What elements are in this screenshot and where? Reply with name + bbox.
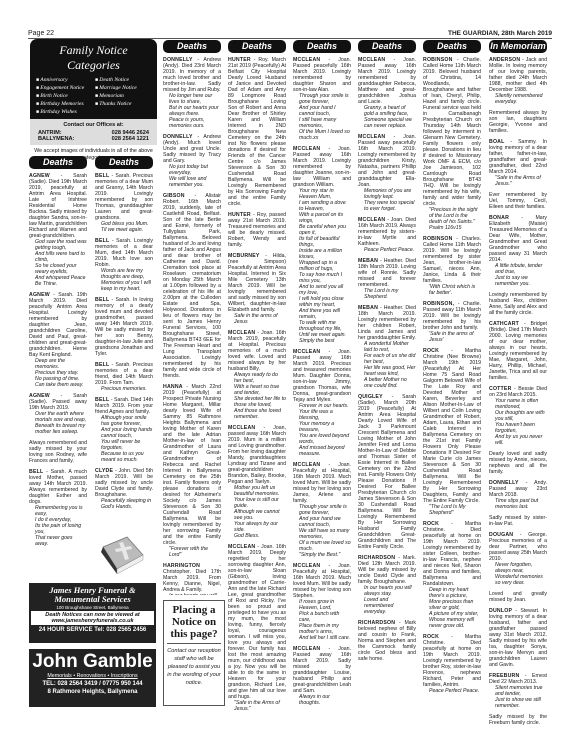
notice-verse: "The Lord Is My Shepherd"	[423, 504, 481, 516]
verse-line: They were too special to ever forget.	[364, 200, 416, 212]
notice-entry: RICHARDSON - Mark beloved nephew of Bill…	[358, 620, 416, 662]
notice-entry: ROBINSON, - Charlie. Passed away 11th Ma…	[423, 301, 481, 343]
verse-line: And tell her I still care.	[299, 635, 351, 641]
notice-entry: CLYDE - John. Died 5th March 2019. Will …	[95, 468, 153, 510]
category-item: Birth Notice	[36, 93, 95, 99]
notice-text: - Sarah. In loving memory of a dearly lo…	[95, 297, 153, 357]
notice-verse: Your my star in Heaven Mum,I am sending …	[293, 188, 351, 344]
verse-line: I will hold you close within my heart,	[299, 296, 351, 308]
verse-line: Her life was good, Her heart was kind,	[364, 365, 416, 377]
notice-verse: Forever in our hearts.Your life was a bl…	[293, 403, 351, 457]
notice-verse: Peace Perfect Peace.	[358, 247, 416, 253]
verse-line: Your life was a blessing,	[299, 409, 351, 421]
notice-verse: If roses grow in Heaven, Lord,Pick a bun…	[293, 599, 351, 641]
verse-line: A wonderful Mother laid to rest,	[364, 341, 416, 353]
notice-verse: Always in our thoughts.	[293, 694, 351, 706]
notice-text: Ever remembered by Uel, Tommy, Cecil, Ei…	[489, 192, 547, 210]
notice-verse: Your name is often mentioned,Our thought…	[489, 398, 547, 446]
notice-text: - Mary Elizabeth (Maisie) Treasured Memo…	[489, 215, 547, 263]
verse-line: Precious memories.	[101, 386, 153, 392]
gamble-ad-services: Memorials • Renovations • Inscriptions	[29, 673, 156, 679]
verse-line: Always ready to do her best,	[234, 372, 286, 384]
notice-text: - Joan. Passed away 16th March 2019. Lov…	[358, 57, 416, 105]
contact-offices: Contact our Offices at: ANTRIM:028 9446 …	[30, 119, 157, 145]
verse-line: She devoted her life to those she loved,	[234, 396, 286, 408]
notice-entry: QUIGLEY - Sarah (Sadie). March 20th 2019…	[358, 394, 416, 550]
verse-line: Although your smile has gone forever,	[101, 415, 153, 427]
in-memoriam-banner: In Memoriam	[489, 40, 547, 53]
notice-text: - Martha Christine. Died peacefully at h…	[423, 634, 481, 688]
notice-entry: MCCLEAN - Joan. Passed away peacefully 1…	[358, 134, 416, 212]
notice-text: Remembered always by son Ian, daughters …	[489, 110, 547, 134]
notice-entry: BELL - Sarah. Lovingly memories of a dea…	[95, 238, 153, 292]
notice-entry: HARRINGTON - Christopher. Died 17th Marc…	[163, 563, 221, 595]
verse-line: And missed beyond measure.	[299, 445, 351, 457]
verse-line: Safe in the arms of Jesus	[234, 313, 286, 325]
verse-line: Someone special we can never replace.	[364, 117, 416, 129]
verse-line: You will never be forgotten,	[101, 439, 153, 451]
notice-text: - Roy, passed away 21st March 2019. Trea…	[228, 212, 286, 248]
notice-text: - Joan. Passed away 16th March 2019. Sad…	[293, 646, 351, 694]
deaths-banner: Deaths	[29, 156, 87, 169]
verse-line: And your hand we cannot touch,	[299, 516, 351, 528]
notice-entry: BELL - Sarah. Died 14th March 2019. From…	[95, 397, 153, 463]
notice-entry: Loved and greatly missed by Jean.	[489, 591, 547, 603]
verse-line: Wrapped up in a million of hugs,	[299, 260, 351, 272]
notice-entry: BELL - Sarah. Precious memories of a dea…	[95, 173, 153, 233]
verse-line: To walk with me throughout my life,	[299, 320, 351, 332]
notice-verse: Always ready to do her best,With a heart…	[228, 372, 286, 420]
verse-line: Silent memories true and tender,	[495, 685, 547, 697]
notice-text: Always remembered and sadly missed by yo…	[29, 440, 87, 464]
notice-text: - Joan. Passed away 16th March 2019. Lov…	[293, 146, 351, 188]
verse-line: But in our hearts your always there.	[169, 105, 221, 117]
gamble-ad-tel: TEL: 028 2564 3419 / 07775 950 144	[29, 681, 156, 687]
notice-entry: MCBURNEY - Hilda, (nee Simpson) Peaceful…	[228, 253, 286, 325]
notice-entry: DUNLOP - Stewart. In loving memory of a …	[489, 608, 547, 668]
notice-verse: God saw the road was getting tough,And h…	[29, 239, 87, 287]
verse-line: Our thoughts are with you still,	[495, 410, 547, 422]
notice-text: - Charles. Called Home 11th March 2019. …	[423, 236, 481, 284]
notice-verse: Over the earth where mortals sow and rea…	[29, 411, 87, 435]
placing-notice-box: Placing a Notice on this page? Contact o…	[163, 600, 225, 706]
verse-line: Time slips past but memories last.	[495, 498, 547, 510]
verse-line: Through your smile is gone forever,	[299, 93, 351, 105]
notice-verse: Though your smile is gone forever,And yo…	[293, 504, 351, 558]
notice-text: - Sammy. In loving memory of a dear fath…	[489, 139, 547, 175]
notice-entry: BOAL - Sammy. In loving memory of a dear…	[489, 139, 547, 187]
verse-line: Its full of beautiful things,	[299, 236, 351, 248]
newspaper-page: Page 22 THE GUARDIAN, 28th March 2019 Fa…	[0, 0, 580, 737]
notice-text: - Heather. Died 18th March 2019. Lovingl…	[358, 305, 416, 341]
verse-line: Always in our thoughts.	[299, 694, 351, 706]
verse-line: Inside are a million kisses,	[299, 248, 351, 260]
verse-line: If roses grow in Heaven, Lord,	[299, 599, 351, 611]
verse-line: Though your smile is gone forever,	[299, 504, 351, 516]
notice-text: - Bridget (Bridie). Died 17th March 2000…	[489, 321, 547, 381]
verse-line: Can take them away.	[35, 382, 87, 388]
notice-entry: BELL - Sarah. A much loved Mother, passe…	[29, 469, 87, 546]
notice-text: Loved and greatly missed by Jean.	[489, 591, 547, 603]
notice-column: DeathsHUNTER - Roy. March 21st 2019 (Pea…	[228, 40, 286, 717]
gamble-ad-title: John Gamble	[29, 651, 156, 673]
verse-line: Peacefully sleeping in God's Hands.	[101, 498, 153, 510]
notice-verse: Through your smile is gone forever,And y…	[293, 93, 351, 141]
notice-column: DeathsDONNELLY - Andrew (Andy). Died 23r…	[163, 40, 221, 595]
masthead-date: THE GUARDIAN, 28th March 2019	[448, 30, 552, 37]
notice-entry: HANNA - March 22nd 2019 (Peacefully) at …	[163, 384, 221, 558]
notice-verse: No just today but everyday,We will love …	[163, 164, 221, 188]
verse-line: Deep are the memories.	[35, 358, 87, 370]
notice-column: DeathsAGNEW - Sarah (Sadie). Died 19th M…	[29, 156, 87, 546]
notice-text: - Andrew (Andy). Died 23rd March 2019. I…	[163, 57, 221, 93]
verse-line: "Precious in the sight of the Lord is th…	[429, 207, 481, 231]
verse-line: Remembering you is easy,	[35, 505, 87, 517]
verse-line: Your love is still our guide.	[234, 497, 286, 509]
deaths-banner: Deaths	[163, 40, 221, 53]
category-item: Thanks Notice	[95, 101, 154, 107]
notice-text: - March 22nd 2019 (Peacefully) at Prospe…	[163, 384, 221, 546]
verse-line: Mother you left us beautiful memories.	[234, 485, 286, 497]
notice-verse: Memories of you are lovingly kept.They w…	[358, 188, 416, 212]
verse-line: You haven't been forgotten,	[495, 422, 547, 434]
verse-line: Of a mum we loved so much.	[299, 540, 351, 552]
notice-entry: ROBINSON - Charles. Called Home 11th Mar…	[423, 236, 481, 296]
verse-line: Memories of you I will keep in my heart.	[101, 280, 153, 292]
notice-verse: Precious memories.	[95, 386, 153, 392]
verse-line: More precious than silver or gold,	[429, 599, 481, 611]
notice-verse: "Safe in the Arms of Jesus."	[489, 175, 547, 187]
notice-text: Sadly missed by sister-in-law Pat.	[489, 515, 547, 527]
notice-verse: 'With Christ which is far better'.	[423, 284, 481, 296]
funeral-ad-title: James Henry Funeral & Monumental Service…	[29, 586, 156, 604]
deaths-banner: Deaths	[95, 156, 153, 169]
james-henry-funeral-ad: James Henry Funeral & Monumental Service…	[29, 583, 156, 643]
verse-line: Simply the best	[299, 338, 351, 344]
category-item: Memoriam	[95, 93, 154, 99]
bible-icon	[97, 533, 147, 575]
verse-line: Pick a bunch with care,	[299, 611, 351, 623]
verse-line: And your hand I cannot touch,	[299, 105, 351, 117]
category-item: Birthday Wishes	[36, 109, 95, 115]
notice-verse: Peace Perfect Peace.	[423, 688, 481, 694]
notice-entry: ANDERSON - Jack and Mollie. In loving me…	[489, 57, 547, 105]
verse-line: With a parcel on its wings,	[299, 212, 351, 224]
verse-line: And hills were hard to climb,	[35, 251, 87, 263]
verse-line: Because to us you meant so much.	[101, 451, 153, 463]
deaths-banner: Deaths	[423, 40, 481, 53]
notice-text: - Joan. Passed away 16th March 2019. Pre…	[293, 349, 351, 403]
deaths-banner: Deaths	[293, 40, 351, 53]
notice-entry: MCCLEAN - Joan. Peacefully at Hospital, …	[293, 462, 351, 558]
notice-entry: MCCLEAN - Joan. Peacefully at Hospital, …	[293, 563, 351, 641]
verse-line: And to send you all my love,	[299, 284, 351, 296]
notice-text: - Joan. Peacefully at Hospital, 16th Mar…	[293, 563, 351, 599]
notice-entry: AGNEW - Sarah. 19th March 2019. Died pea…	[29, 292, 87, 388]
notice-entry: AGNEW - Sarah (Sadie). Died 19th March 2…	[29, 173, 87, 287]
notice-entry: COTTER - Bessie Died on 23rd March 2015.…	[489, 386, 547, 446]
notice-verse: No longer here our lives to share,But in…	[163, 93, 221, 129]
verse-line: "Simply the Best."	[299, 552, 351, 558]
divider	[167, 643, 221, 644]
contact-title: Contact our Offices at:	[38, 122, 149, 128]
categories-list: AnniversaryDeath NoticeEngagement Notice…	[33, 77, 154, 115]
verse-line: Granny, a heart of gold a smiling face,	[364, 105, 416, 117]
verse-line: Your name is often mentioned,	[495, 398, 547, 410]
notice-verse: Granny, a heart of gold a smiling face,S…	[358, 105, 416, 129]
verse-line: That never goes away.	[35, 535, 87, 546]
verse-line: And whispered Peace Be Thine.	[35, 275, 87, 287]
notice-entry: GIBSON - Alistair Robert. 16th March 201…	[163, 193, 221, 379]
notice-text: - Jack and Mollie. In loving memory of o…	[489, 57, 547, 93]
notice-verse: Although your smile has gone forever,And…	[95, 415, 153, 463]
verse-line: Over the earth where mortals sow and rea…	[35, 411, 87, 423]
verse-line: Be careful when you open it,	[299, 224, 351, 236]
placing-body: Contact our reception staff who will be …	[167, 647, 221, 687]
notice-verse: Time slips past but memories last.	[489, 498, 547, 510]
notice-entry: DONNELLY - Andrew (Andy). Died 23rd Marc…	[163, 57, 221, 129]
notice-entry: MEBAN - Heather. Died 18th March 2019. L…	[358, 305, 416, 389]
notice-text: - Joan, passed away 16th March 2019. Mum…	[228, 425, 286, 485]
category-item: Engagement Notice	[36, 85, 95, 91]
notice-verse: Silently remembered everyday.	[489, 93, 547, 105]
category-item: Death Notice	[95, 77, 154, 83]
notice-entry: MCCLEAN - Joan. Passed away 16th March 2…	[293, 349, 351, 457]
verse-line: Words are few my thoughts are deep,	[101, 268, 153, 280]
notice-verse: "Forever with the Lord"	[163, 546, 221, 558]
notice-entry: Lovingly remembered by husband Rex, chil…	[489, 292, 547, 316]
notice-verse: Deep in my heart there's a picture,More …	[423, 587, 481, 629]
office-name: BALLYMENA:	[38, 136, 74, 142]
notice-text: Sadly missed by the Freeburn family circ…	[489, 714, 547, 726]
notice-entry: RICHARDSON - Mark. Died 12th March 2019.…	[358, 555, 416, 615]
notice-text: - Sarah. 19th March 2019. Died peacefull…	[29, 292, 87, 358]
verse-line: Place them in my mother's arms,	[299, 623, 351, 635]
notice-column: In MemoriamANDERSON - Jack and Mollie. I…	[489, 40, 547, 730]
notice-entry: DOUGAN - George. Precious memories of a …	[489, 532, 547, 586]
notice-text: - Sarah (Sadie). March 20th 2019 (Peacef…	[358, 394, 416, 550]
notice-entry: HUNTER - Roy. March 21st 2019 (Peacefull…	[228, 57, 286, 207]
notice-entry: Dearly loved and sadly missed by Annie, …	[489, 451, 547, 475]
verse-line: We still have so many memories,	[299, 528, 351, 540]
notice-entry: MCCLEAN - Joan. Passed away 16th March 2…	[293, 646, 351, 706]
verse-line: The Lord is my Shepherd.	[364, 288, 416, 300]
verse-line: And your loving hands cannot touch,	[101, 427, 153, 439]
notice-column: DeathsMCCLEAN - Joan. Passed away 16th M…	[358, 40, 416, 667]
verse-line: Peace Perfect Peace.	[364, 247, 416, 253]
page-number: Page 22	[28, 30, 54, 37]
verse-line: Memories of you are lovingly kept.	[364, 188, 416, 200]
notice-text: - Martha Christine (Nee Browne) March 19…	[423, 348, 481, 504]
verse-line: A better Mother no one could find.	[364, 377, 416, 389]
notice-text: - Roy. March 21st 2019 (Peacefully) At B…	[228, 57, 286, 207]
deaths-banner: Deaths	[228, 40, 286, 53]
verse-line: Although we cannot see you.	[234, 509, 286, 521]
notice-entry: DONNELLY - Andy. Passed away 23rd March …	[489, 480, 547, 510]
verse-line: Loved and remembered everyday.	[364, 597, 416, 615]
funeral-ad-service: 24 HOUR SERVICE Tel: 028 2565 2456	[29, 627, 156, 633]
notice-entry: MCCLEAN - Joan, passed away 16th March 2…	[228, 425, 286, 539]
notice-text: - Sarah. A much loved Mother, passed awa…	[29, 469, 87, 505]
notice-entry: MCCLEAN - Joan. Passed away 16th March 2…	[293, 146, 351, 344]
notice-column: DeathsBELL - Sarah. Precious memories of…	[95, 156, 153, 515]
verse-line: You are loved beyond words,	[299, 433, 351, 445]
verse-line: Your always by our side.	[234, 521, 286, 533]
verse-line: I still have many memories,	[299, 117, 351, 129]
verse-line: Your my star in Heaven Mum,	[299, 188, 351, 200]
verse-line: God saw the road was getting tough,	[35, 239, 87, 251]
verse-line: We will love and remember you.	[169, 176, 221, 188]
notice-entry: BELL - Sarah. Precious memories of a dea…	[95, 362, 153, 392]
john-gamble-ad: John Gamble Memorials • Renovations • In…	[29, 649, 156, 707]
notice-entry: DONNELLY - Andrew (Andy). Much loved Unc…	[163, 134, 221, 188]
gamble-ad-address: 8 Rathmore Heights, Ballymena	[29, 689, 156, 695]
notice-text: - Mark beloved nephew of Billy and cousi…	[358, 620, 416, 662]
notice-verse: A wonderful Mother laid to rest,For each…	[358, 341, 416, 389]
notice-entry: BELL - Sarah. In loving memory of a dear…	[95, 297, 153, 357]
verse-line: And by us you never will.	[495, 434, 547, 446]
notice-text: - Hilda, (nee Simpson) Peacefully at Ant…	[228, 253, 286, 313]
notice-text: - Sarah. Precious memories of a dear Mum…	[95, 173, 153, 221]
verse-line: God Bless.	[234, 533, 286, 539]
verse-line: And there you will remain,	[299, 308, 351, 320]
verse-line: Never forgotten, always near,	[495, 562, 547, 574]
notice-verse: God bless you Mum.Til we meet again.	[95, 221, 153, 233]
notice-entry: MCCLEAN - Joan. 16th March 2019, peacefu…	[228, 330, 286, 420]
notice-entry: Ever remembered by Uel, Tommy, Cecil, Ei…	[489, 192, 547, 210]
verse-line: 'With Christ which is far better'.	[429, 284, 481, 296]
verse-line: Peace Perfect Peace.	[429, 688, 481, 694]
notice-entry: MCCLEAN - Joan. Died 16th March 2019. Al…	[358, 217, 416, 253]
verse-line: To say how much I miss you,	[299, 272, 351, 284]
funeral-ad-website: Death Notices can now be viewed atwww.ja…	[31, 611, 154, 625]
notice-entry: MCCLEAN - Joan. Passed away 16th March 2…	[358, 57, 416, 129]
verse-line: "Forever with the Lord"	[169, 546, 221, 558]
categories-title: Family Notice Categories	[33, 43, 154, 73]
notice-verse: Words are few my thoughts are deep,Memor…	[95, 268, 153, 292]
notice-text: - Martha Christine. Died peacefully at h…	[423, 521, 481, 587]
category-item: Marriage Notice	[95, 85, 154, 91]
notice-text: - Alistair Robert. 16th March 2019, sudd…	[163, 193, 221, 379]
notice-text: - Joan. 16th March 2019, peacefully at H…	[228, 330, 286, 372]
notice-entry: MEBAN - Heather. Died 18th March 2019. L…	[358, 258, 416, 300]
office-phone: 028 2564 1221	[112, 136, 149, 142]
notice-verse: Never forgotten, always near,Wonderful m…	[489, 562, 547, 586]
verse-line: 'Safe in the arms of Jesus'	[429, 331, 481, 343]
notice-verse: The Lord is my Shepherd.	[358, 288, 416, 300]
placing-title: Placing a Notice on this page?	[167, 604, 221, 640]
notice-verse: "Safe in the Arms of Jesus."	[228, 700, 286, 712]
verse-line: "The Lord Is My Shepherd"	[429, 504, 481, 516]
notice-entry: Always remembered and sadly missed by yo…	[29, 440, 87, 464]
notice-text: - Sarah (Sadie). Died 19th March 2019, p…	[29, 173, 87, 239]
notice-verse: Mother you left us beautiful memories.Yo…	[228, 485, 286, 539]
verse-line: Its the pain of losing you,	[35, 523, 87, 535]
verse-line: No just today but everyday,	[169, 164, 221, 176]
verse-line: Deep in my heart there's a picture,	[429, 587, 481, 599]
verse-line: Wonderful memories so very dear.	[495, 574, 547, 586]
notice-entry: FREEBURN - Ernest Died 22 March 2013.Sil…	[489, 673, 547, 709]
verse-line: A little tribute, tender and true,	[495, 263, 547, 275]
verse-line: Just to say we remember you.	[495, 275, 547, 287]
notice-entry: Remembered always by son Ian, daughters …	[489, 110, 547, 134]
notice-entry: ROCK - Martha Christine (Nee Browne) Mar…	[423, 348, 481, 516]
notice-verse: Safe in the arms of Jesus	[228, 313, 286, 325]
verse-line: In our hearts you will always stay.	[169, 593, 221, 595]
notice-text: - Charlie. Called Home 11th March 2019. …	[423, 57, 481, 207]
notice-entry: CATHCART - Bridget (Bridie). Died 17th M…	[489, 321, 547, 381]
verse-line: For each of us she did her best,	[364, 353, 416, 365]
category-item: Anniversary	[36, 77, 95, 83]
notice-verse: Peacefully sleeping in God's Hands.	[95, 498, 153, 510]
notice-verse: A little tribute, tender and true,Just t…	[489, 263, 547, 287]
notice-entry: AGNEW - Sarah (Sadie). Passed away 19th …	[29, 393, 87, 435]
notice-verse: Silent memories true and tender,Just to …	[489, 685, 547, 709]
notice-text: - Joan. Peacefully at Hospital, 16th Mar…	[293, 462, 351, 504]
notice-text: - Joan. Passed away peacefully 16th Marc…	[358, 134, 416, 188]
verse-line: In our hearts you will always stay.	[364, 585, 416, 597]
verse-line: Beneath its breast my mother lies asleep…	[35, 423, 87, 435]
notice-entry: BONAR - Mary Elizabeth (Maisie) Treasure…	[489, 215, 547, 287]
notice-text: - Joan. 16th March 2019. Deeply regrette…	[228, 544, 286, 700]
web-line2: www.jameshenryfunerals.co.uk	[32, 618, 153, 624]
verse-line: "Safe in the Arms of Jesus."	[234, 700, 286, 712]
notice-entry: MCCLEAN - Joan. 16th March 2019. Deeply …	[228, 544, 286, 712]
notice-entry: ROCK - Martha Christine. Died peacefully…	[423, 521, 481, 629]
notice-verse: Deep are the memories.Precious they stay…	[29, 358, 87, 388]
notice-verse: 'Safe in the arms of Jesus'	[423, 331, 481, 343]
office-row-ballymena: BALLYMENA:028 2564 1221	[38, 136, 149, 142]
verse-line: With a heart so true and tender,	[234, 384, 286, 396]
category-item: Birthday Memories	[36, 101, 95, 107]
deaths-banner: Deaths	[358, 40, 416, 53]
notice-verse: Remembering you is easy,I do it everyday…	[29, 505, 87, 546]
notice-verse: "Precious in the sight of the Lord is th…	[423, 207, 481, 231]
verse-line: I am sending a dove to Heaven,	[299, 200, 351, 212]
notice-text: Dearly loved and sadly missed by Annie, …	[489, 451, 547, 475]
verse-line: Til we meet again.	[101, 227, 153, 233]
verse-line: Whose memory will never grow old.	[429, 617, 481, 629]
verse-line: Peace is yours, memories ours.	[169, 117, 221, 129]
funeral-ad-address: 100 Broughshane Street, Ballymena	[29, 605, 156, 610]
verse-line: And those she loved remember.	[234, 408, 286, 420]
notice-verse: In our hearts you will always stay.Loved…	[358, 585, 416, 615]
verse-line: Just to show we still remember.	[495, 697, 547, 709]
page-header: Page 22 THE GUARDIAN, 28th March 2019	[28, 29, 552, 39]
notice-entry: Sadly missed by sister-in-law Pat.	[489, 515, 547, 527]
notice-text: - Joan. Passed peacefully 16th March 201…	[293, 57, 351, 93]
notice-column: DeathsROBINSON - Charlie. Called Home 11…	[423, 40, 481, 699]
notice-verse: In our hearts you will always stay.Loved…	[163, 593, 221, 595]
notice-entry: MCCLEAN - Joan. Passed peacefully 16th M…	[293, 57, 351, 141]
verse-line: No longer here our lives to share,	[169, 93, 221, 105]
verse-line: "Safe in the Arms of Jesus."	[495, 175, 547, 187]
notice-entry: HUNTER - Roy, passed away 21st March 201…	[228, 212, 286, 248]
notice-entry: Sadly missed by the Freeburn family circ…	[489, 714, 547, 726]
notice-entry: ROCK - Martha Christine. Died peacefully…	[423, 634, 481, 694]
verse-line: So he closed your weary eyelids,	[35, 263, 87, 275]
verse-line: Your memory a treasure,	[299, 421, 351, 433]
verse-line: Of the Mum I loved so much.xx	[299, 129, 351, 141]
notice-text: - Stewart. In loving memory of a dear hu…	[489, 608, 547, 668]
verse-line: Silently remembered everyday.	[495, 93, 547, 105]
family-notice-categories-box: Family Notice Categories AnniversaryDeat…	[30, 39, 157, 153]
notice-text: Lovingly remembered by husband Rex, chil…	[489, 292, 547, 316]
notice-column: DeathsMCCLEAN - Joan. Passed peacefully …	[293, 40, 351, 711]
notice-entry: ROBINSON - Charlie. Called Home 11th Mar…	[423, 57, 481, 231]
